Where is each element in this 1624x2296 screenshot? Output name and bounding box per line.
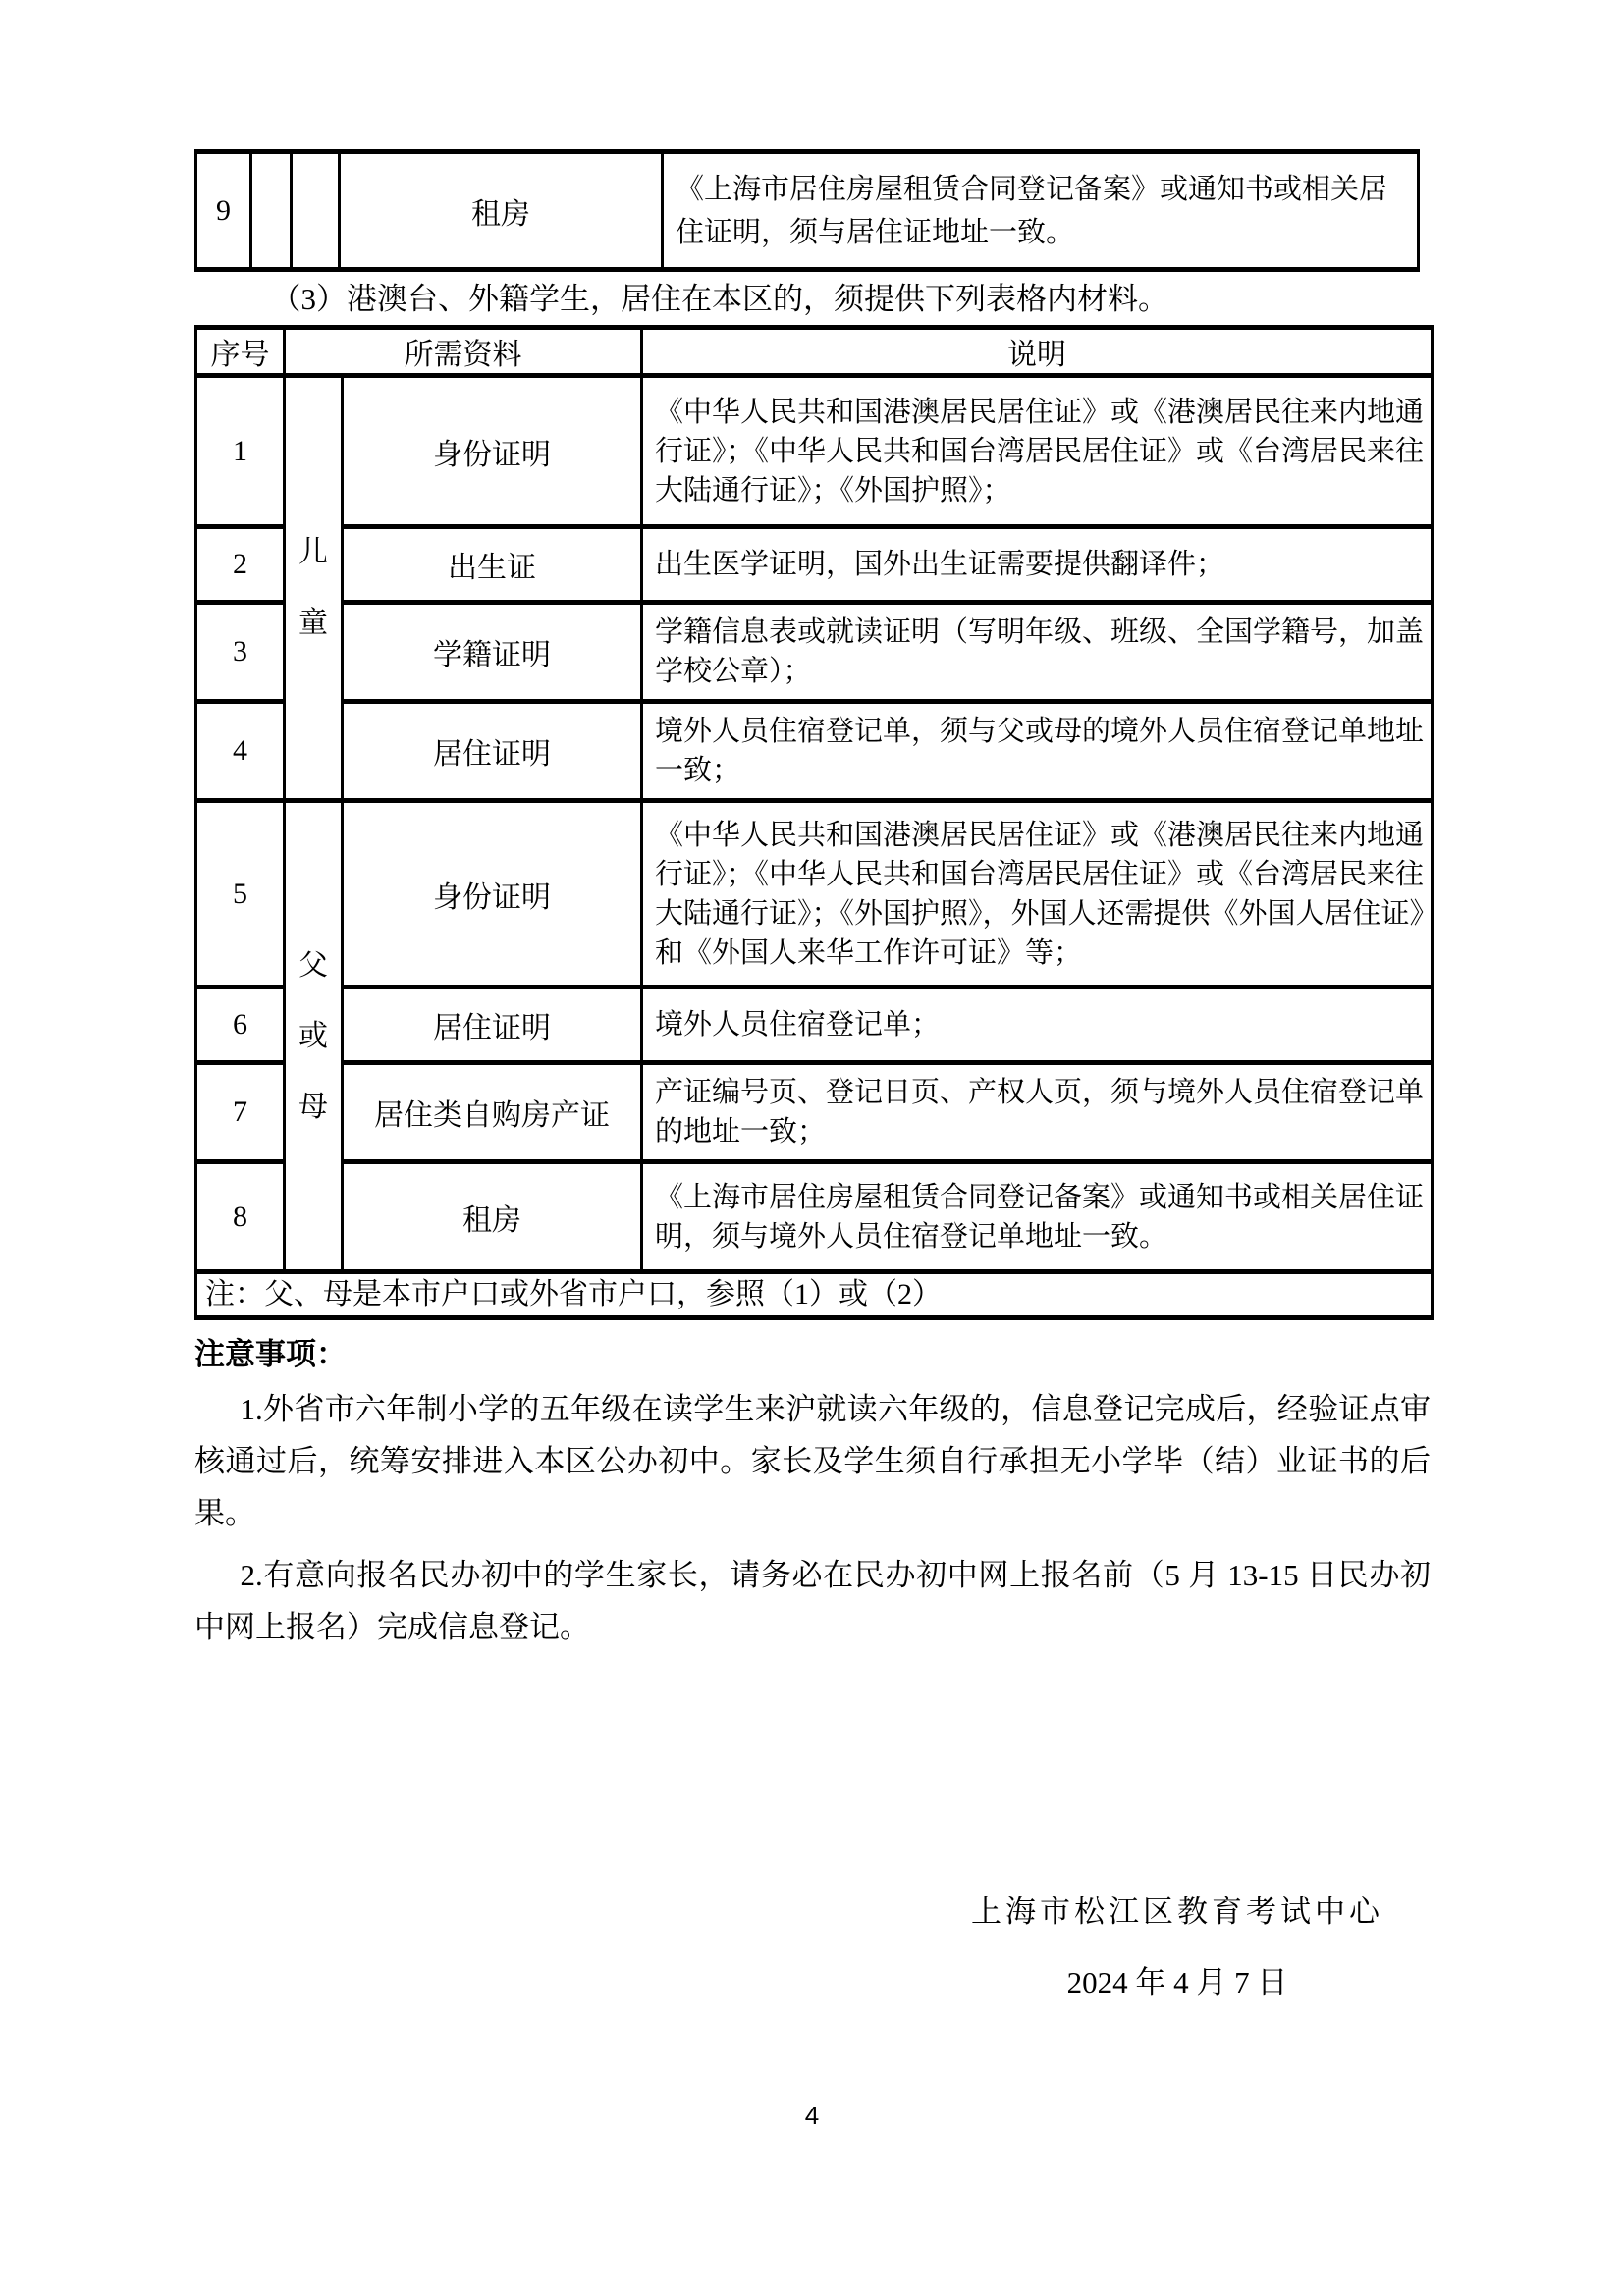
table-note-row: 注：父、母是本市户口或外省市户口，参照（1）或（2）: [196, 1272, 1433, 1318]
row-number: 5: [196, 801, 285, 988]
row-number: 7: [196, 1063, 285, 1162]
header-material: 所需资料: [285, 328, 642, 376]
table-row: 2 出生证 出生医学证明，国外出生证需要提供翻译件；: [196, 527, 1433, 603]
material-name: 居住证明: [343, 988, 642, 1063]
material-description: 产证编号页、登记日页、产权人页，须与境外人员住宿登记单的地址一致；: [642, 1063, 1433, 1162]
table-note: 注：父、母是本市户口或外省市户口，参照（1）或（2）: [196, 1272, 1433, 1318]
row-number: 9: [196, 152, 251, 270]
row-number: 4: [196, 702, 285, 801]
notice-item-1: 1.外省市六年制小学的五年级在读学生来沪就读六年级的，信息登记完成后，经验证点审…: [194, 1383, 1431, 1539]
row-number: 1: [196, 376, 285, 527]
group-cell-empty: [292, 152, 340, 270]
table-header-row: 序号 所需资料 说明: [196, 328, 1433, 376]
table-row: 5 父或母 身份证明 《中华人民共和国港澳居民居住证》或《港澳居民往来内地通行证…: [196, 801, 1433, 988]
table-row: 9 租房 《上海市居住房屋租赁合同登记备案》或通知书或相关居住证明，须与居住证地…: [196, 152, 1419, 270]
material-description: 《中华人民共和国港澳居民居住证》或《港澳居民往来内地通行证》；《中华人民共和国台…: [642, 801, 1433, 988]
material-name: 出生证: [343, 527, 642, 603]
continuation-table: 9 租房 《上海市居住房屋租赁合同登记备案》或通知书或相关居住证明，须与居住证地…: [194, 149, 1420, 272]
group-label-child: 儿童: [285, 376, 343, 801]
material-description: 境外人员住宿登记单，须与父或母的境外人员住宿登记单地址一致；: [642, 702, 1433, 801]
material-name: 身份证明: [343, 376, 642, 527]
material-name: 租房: [343, 1162, 642, 1272]
table-row: 3 学籍证明 学籍信息表或就读证明（写明年级、班级、全国学籍号，加盖学校公章）；: [196, 603, 1433, 702]
signature-organization: 上海市松江区教育考试中心: [971, 1877, 1383, 1948]
notices-heading: 注意事项：: [194, 1336, 1431, 1373]
header-desc: 说明: [642, 328, 1433, 376]
row-number: 8: [196, 1162, 285, 1272]
materials-table: 序号 所需资料 说明 1 儿童 身份证明 《中华人民共和国港澳居民居住证》或《港…: [194, 325, 1434, 1320]
table-row: 7 居住类自购房产证 产证编号页、登记日页、产权人页，须与境外人员住宿登记单的地…: [196, 1063, 1433, 1162]
document-content: 9 租房 《上海市居住房屋租赁合同登记备案》或通知书或相关居住证明，须与居住证地…: [194, 149, 1431, 2018]
document-page: 9 租房 《上海市居住房屋租赁合同登记备案》或通知书或相关居住证明，须与居住证地…: [0, 0, 1624, 2296]
material-description: 《中华人民共和国港澳居民居住证》或《港澳居民往来内地通行证》；《中华人民共和国台…: [642, 376, 1433, 527]
material-description: 境外人员住宿登记单；: [642, 988, 1433, 1063]
signature-date: 2024 年 4 月 7 日: [971, 1948, 1383, 2018]
group-label-parent: 父或母: [285, 801, 343, 1272]
material-description: 《上海市居住房屋租赁合同登记备案》或通知书或相关居住证明，须与境外人员住宿登记单…: [642, 1162, 1433, 1272]
group-cell-empty: [251, 152, 292, 270]
header-seq: 序号: [196, 328, 285, 376]
material-description: 《上海市居住房屋租赁合同登记备案》或通知书或相关居住证明，须与居住证地址一致。: [663, 152, 1419, 270]
material-name: 居住类自购房产证: [343, 1063, 642, 1162]
table-row: 8 租房 《上海市居住房屋租赁合同登记备案》或通知书或相关居住证明，须与境外人员…: [196, 1162, 1433, 1272]
material-name: 租房: [340, 152, 663, 270]
row-number: 6: [196, 988, 285, 1063]
material-name: 学籍证明: [343, 603, 642, 702]
page-number: 4: [0, 2101, 1624, 2131]
table-row: 4 居住证明 境外人员住宿登记单，须与父或母的境外人员住宿登记单地址一致；: [196, 702, 1433, 801]
notice-item-2: 2.有意向报名民办初中的学生家长，请务必在民办初中网上报名前（5 月 13-15…: [194, 1549, 1431, 1653]
table-row: 1 儿童 身份证明 《中华人民共和国港澳居民居住证》或《港澳居民往来内地通行证》…: [196, 376, 1433, 527]
table-row: 6 居住证明 境外人员住宿登记单；: [196, 988, 1433, 1063]
material-name: 居住证明: [343, 702, 642, 801]
material-name: 身份证明: [343, 801, 642, 988]
section-3-intro: （3）港澳台、外籍学生，居住在本区的，须提供下列表格内材料。: [194, 276, 1431, 323]
row-number: 3: [196, 603, 285, 702]
material-description: 出生医学证明，国外出生证需要提供翻译件；: [642, 527, 1433, 603]
signature-block: 上海市松江区教育考试中心 2024 年 4 月 7 日: [971, 1877, 1383, 2018]
signature-area: 上海市松江区教育考试中心 2024 年 4 月 7 日: [194, 1877, 1431, 2018]
material-description: 学籍信息表或就读证明（写明年级、班级、全国学籍号，加盖学校公章）；: [642, 603, 1433, 702]
row-number: 2: [196, 527, 285, 603]
